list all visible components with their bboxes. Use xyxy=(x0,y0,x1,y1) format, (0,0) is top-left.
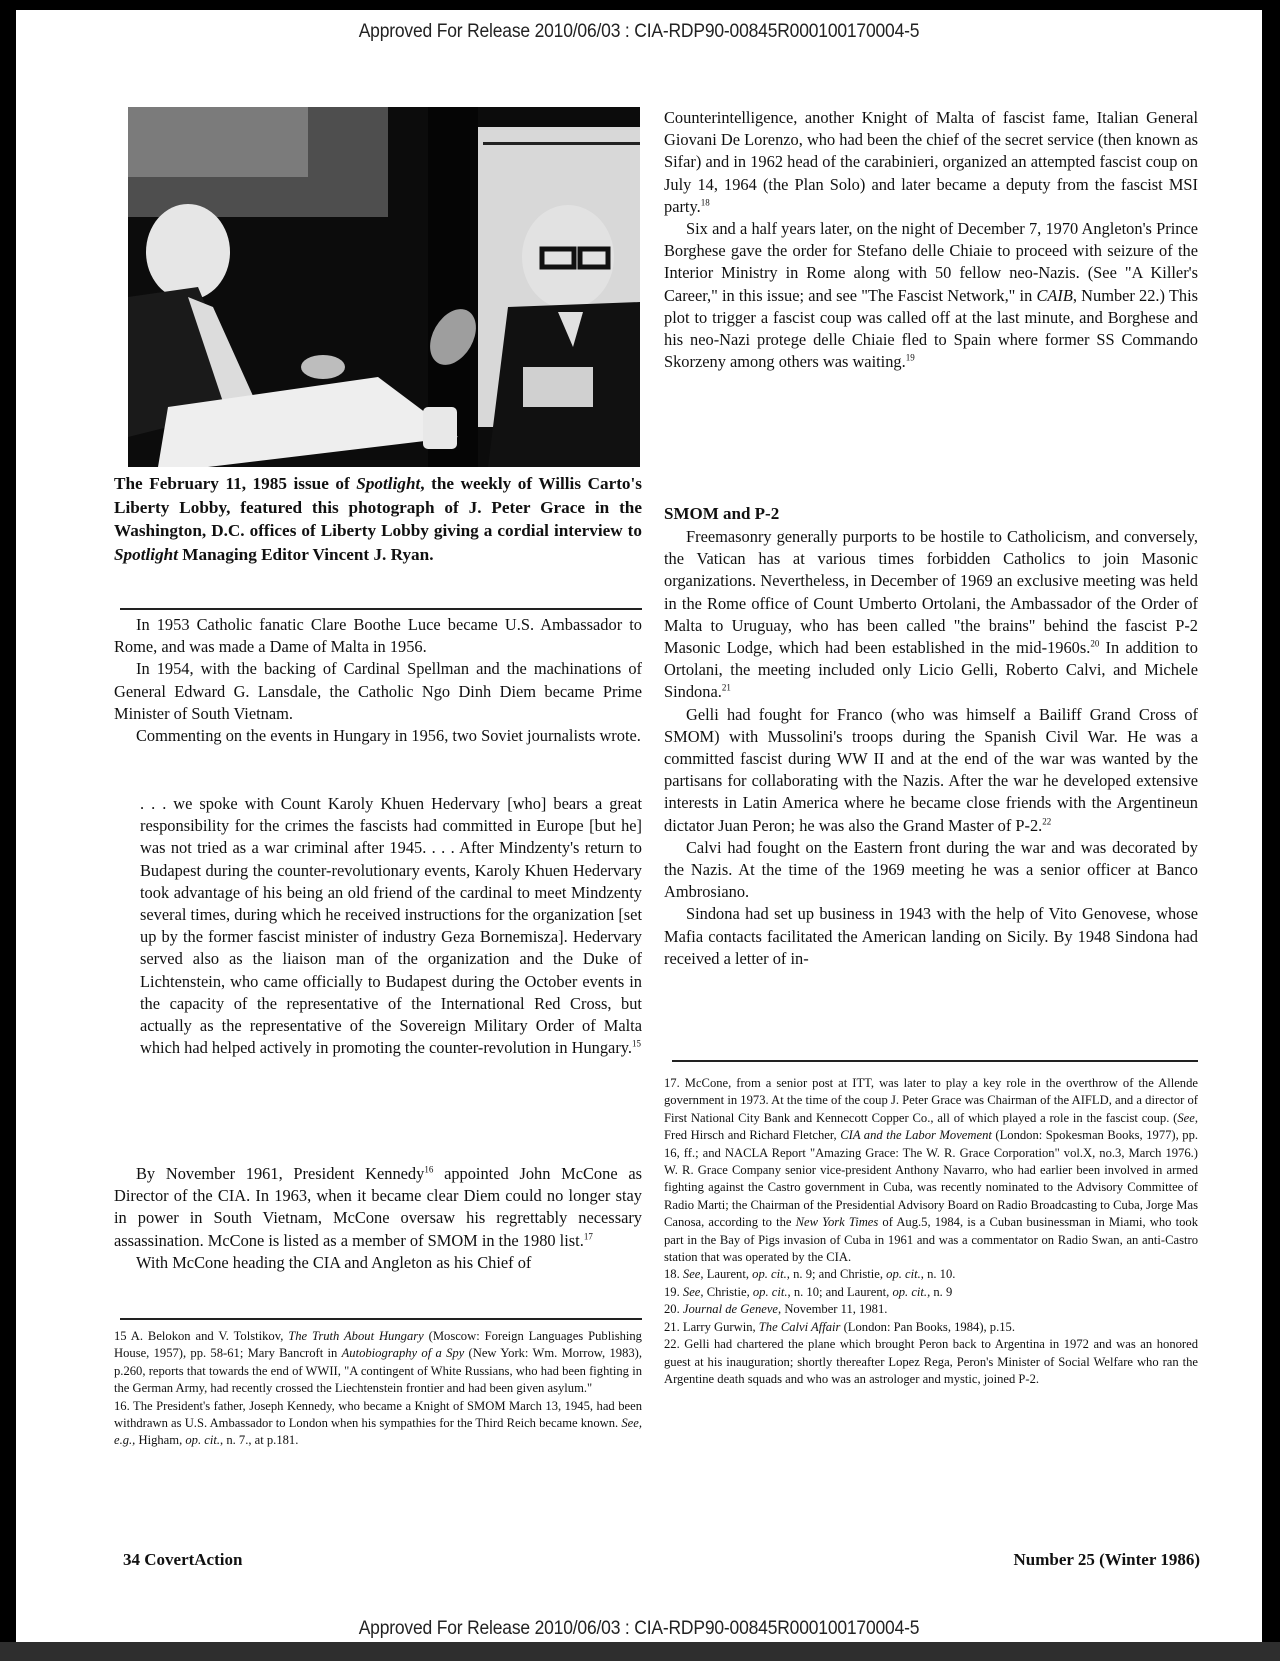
paragraph: With McCone heading the CIA and Angleton… xyxy=(114,1252,642,1274)
footnote-22: 22. Gelli had chartered the plane which … xyxy=(664,1336,1198,1388)
paragraph: Freemasonry generally purports to be hos… xyxy=(664,526,1198,704)
footnote-17: 17. McCone, from a senior post at ITT, w… xyxy=(664,1075,1198,1266)
publication-title: Spotlight xyxy=(114,545,178,564)
paragraph: In 1953 Catholic fanatic Clare Boothe Lu… xyxy=(114,614,642,658)
footnote-ref: 22 xyxy=(1042,816,1051,826)
footnote-divider xyxy=(672,1060,1198,1062)
paragraph: Counterintelligence, another Knight of M… xyxy=(664,107,1198,218)
footnote-divider xyxy=(120,1318,642,1320)
footnote-20: 20. Journal de Geneve, November 11, 1981… xyxy=(664,1301,1198,1318)
publication-title: Spotlight xyxy=(356,474,420,493)
page-number-publication: 34 CovertAction xyxy=(123,1550,242,1570)
paragraph: In 1954, with the backing of Cardinal Sp… xyxy=(114,658,642,725)
left-footnotes: 15 A. Belokon and V. Tolstikov, The Trut… xyxy=(114,1328,642,1450)
footnote-16: 16. The President's father, Joseph Kenne… xyxy=(114,1398,642,1450)
paragraph: Sindona had set up business in 1943 with… xyxy=(664,903,1198,970)
document-page: Approved For Release 2010/06/03 : CIA-RD… xyxy=(16,10,1262,1642)
paragraph: Gelli had fought for Franco (who was him… xyxy=(664,704,1198,837)
right-footnotes: 17. McCone, from a senior post at ITT, w… xyxy=(664,1075,1198,1388)
photo-caption: The February 11, 1985 issue of Spotlight… xyxy=(114,472,642,566)
right-column-top: Counterintelligence, another Knight of M… xyxy=(664,107,1198,373)
left-column-intro: In 1953 Catholic fanatic Clare Boothe Lu… xyxy=(114,614,642,747)
footnote-ref: 21 xyxy=(722,683,731,693)
footnote-ref: 16 xyxy=(424,1165,433,1175)
photograph-icon xyxy=(128,107,640,467)
block-quote: . . . we spoke with Count Karoly Khuen H… xyxy=(140,793,642,1059)
footnote-ref: 17 xyxy=(584,1231,593,1241)
release-stamp-bottom: Approved For Release 2010/06/03 : CIA-RD… xyxy=(66,1618,1212,1640)
left-column-continued: By November 1961, President Kennedy16 ap… xyxy=(114,1163,642,1274)
caption-divider xyxy=(120,608,642,610)
viewer-bottom-bar xyxy=(0,1642,1280,1661)
footnote-ref: 18 xyxy=(701,197,710,207)
section-heading: SMOM and P-2 xyxy=(664,504,1196,524)
release-stamp-top: Approved For Release 2010/06/03 : CIA-RD… xyxy=(66,21,1212,43)
footnote-ref: 15 xyxy=(632,1039,641,1049)
footnote-21: 21. Larry Gurwin, The Calvi Affair (Lond… xyxy=(664,1319,1198,1336)
paragraph: Calvi had fought on the Eastern front du… xyxy=(664,837,1198,904)
footnote-ref: 20 xyxy=(1090,639,1099,649)
footnote-19: 19. See, Christie, op. cit., n. 10; and … xyxy=(664,1284,1198,1301)
footnote-ref: 19 xyxy=(906,353,915,363)
footnote-18: 18. See, Laurent, op. cit., n. 9; and Ch… xyxy=(664,1266,1198,1283)
right-column-section: Freemasonry generally purports to be hos… xyxy=(664,526,1198,970)
issue-number: Number 25 (Winter 1986) xyxy=(1013,1550,1200,1570)
paragraph: Six and a half years later, on the night… xyxy=(664,218,1198,373)
footnote-15: 15 A. Belokon and V. Tolstikov, The Trut… xyxy=(114,1328,642,1398)
interview-photo-illustration xyxy=(128,107,640,467)
paragraph: Commenting on the events in Hungary in 1… xyxy=(114,725,642,747)
paragraph: By November 1961, President Kennedy16 ap… xyxy=(114,1163,642,1252)
